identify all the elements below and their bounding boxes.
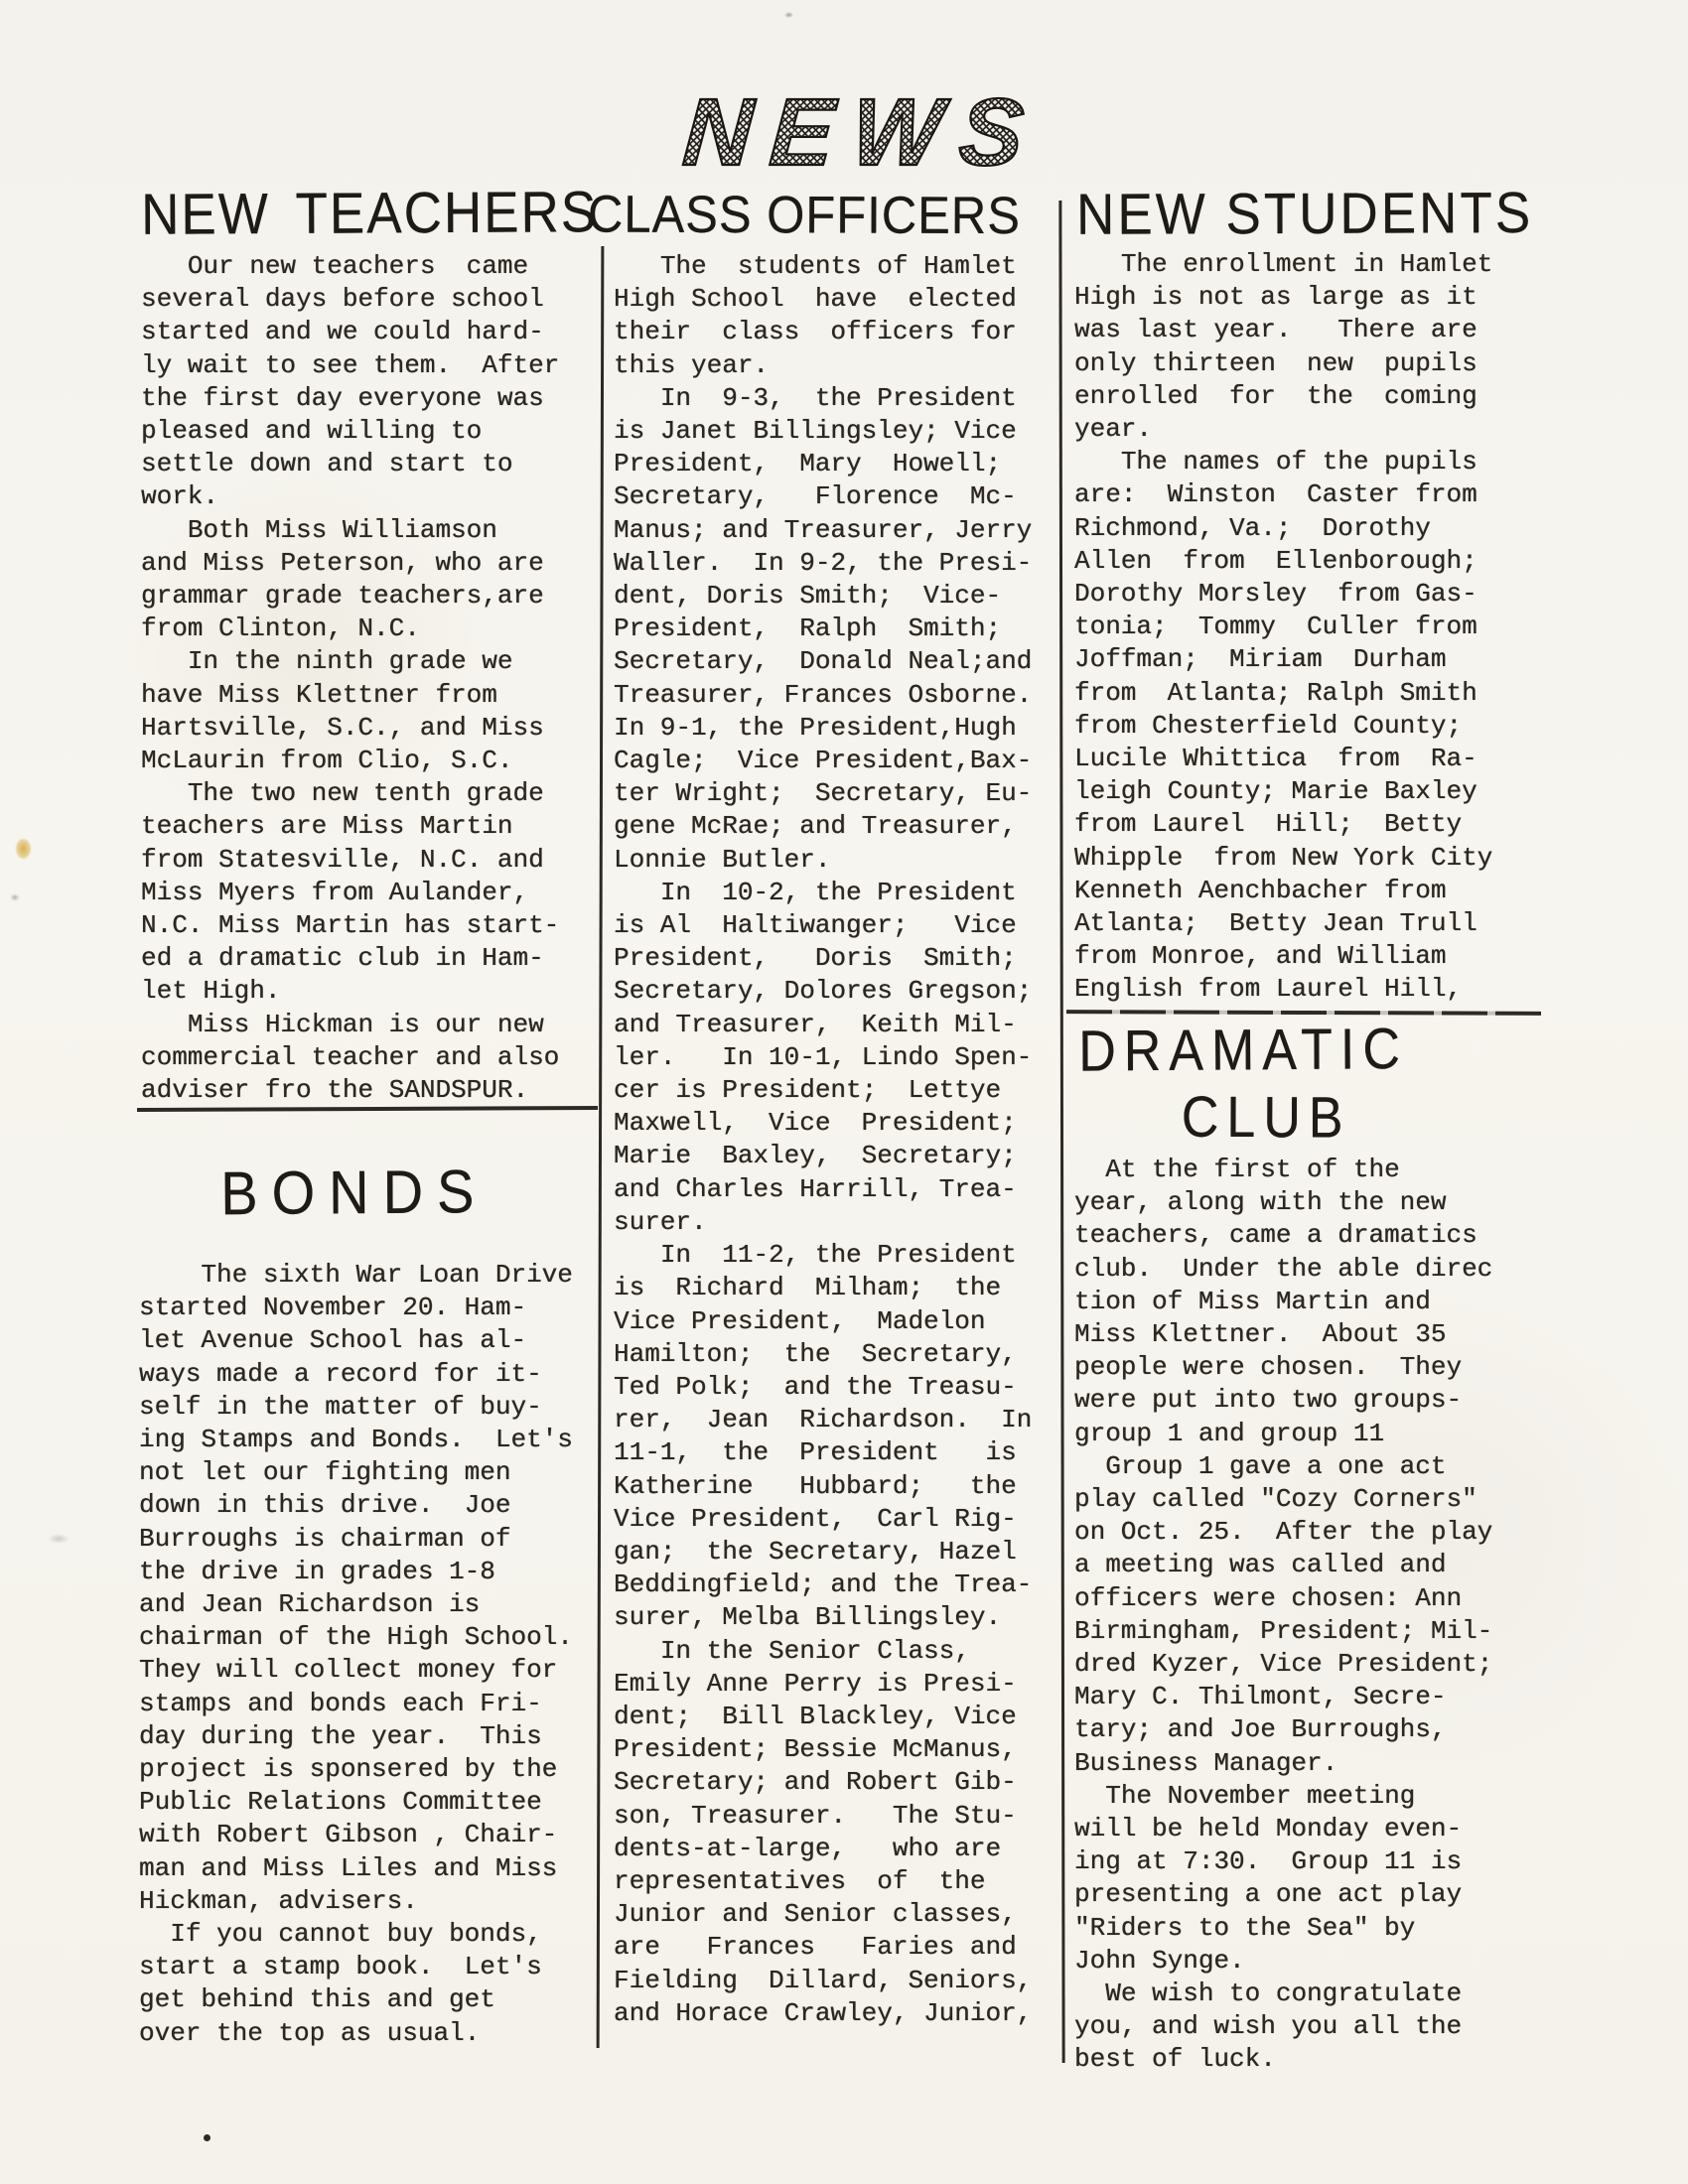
scan-artifact-smudge-left	[48, 1534, 70, 1544]
masthead-news: NEWS	[645, 81, 1087, 185]
headline-new-students: NEW STUDENTS	[1076, 180, 1533, 248]
headline-dramatic-club-line2: CLUB	[1182, 1084, 1351, 1152]
article-new-students-body: The enrollment in Hamlet High is not as …	[1074, 248, 1545, 1007]
scan-artifact-yellow-spot	[16, 839, 31, 859]
article-new-teachers-body: Our new teachers came several days befor…	[141, 250, 600, 1107]
headline-class-officers: CLASS OFFICERS	[588, 185, 1021, 246]
article-class-officers-body: The students of Hamlet High School have …	[614, 250, 1062, 2030]
newspaper-page: NEWS NEW TEACHERS CLASS OFFICERS NEW STU…	[0, 0, 1688, 2184]
article-dramatic-club-body: At the first of the year, along with the…	[1074, 1154, 1545, 2077]
section-divider-left	[137, 1106, 598, 1112]
article-bonds-body: The sixth War Loan Drive started Novembe…	[139, 1259, 606, 2050]
scan-artifact-gray-smudge	[10, 893, 20, 901]
scan-artifact-dot-bottom	[204, 2134, 211, 2141]
section-divider-right	[1066, 1010, 1541, 1016]
headline-bonds: BONDS	[220, 1156, 489, 1229]
headline-dramatic-club-line1: DRAMATIC	[1078, 1016, 1408, 1085]
masthead-text: NEWS	[680, 81, 1045, 185]
headline-new-teachers: NEW TEACHERS	[141, 179, 598, 248]
scan-artifact-top-speck	[784, 12, 793, 18]
